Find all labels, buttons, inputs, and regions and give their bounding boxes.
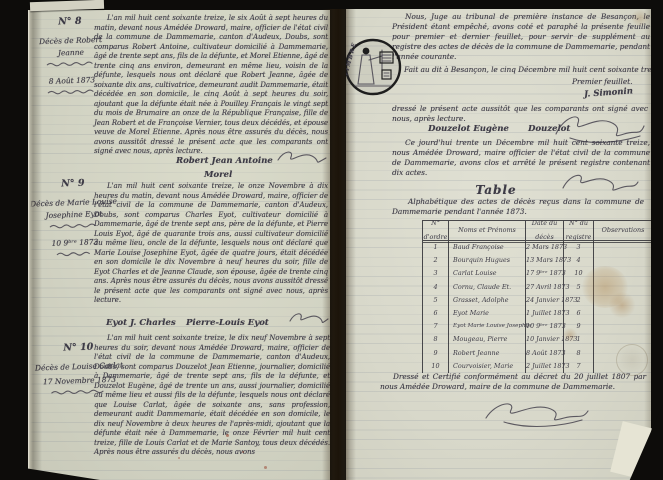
cell-observations	[594, 281, 652, 294]
cell-name: Eyot Marie Louise Josephte	[449, 320, 526, 333]
judge-note: Nous, Juge au tribunal de première insta…	[392, 12, 650, 62]
cell-observations	[594, 294, 652, 307]
cell-name: Mougeau, Pierre	[449, 333, 526, 346]
cell-order: 10	[423, 360, 449, 373]
folio-label: Premier feuillet.	[572, 77, 632, 86]
cell-date: 1 Juillet 1873	[526, 307, 564, 320]
cell-name: Courvoisier, Marie	[449, 360, 526, 373]
table-row: 4 Cornu, Claude Et. 27 Avril 1873 5	[423, 281, 652, 294]
cell-order: 2	[423, 254, 449, 267]
cell-observations	[594, 254, 652, 267]
right-page: TIMBRE Nous, Juge au tribunal de premièr…	[346, 8, 652, 480]
cell-date: 27 Avril 1873	[526, 281, 564, 294]
scan-border-left	[0, 0, 28, 480]
cell-order: 4	[423, 281, 449, 294]
death-act-eyot: L'an mil huit cent soixante treize, le o…	[94, 182, 328, 306]
cell-name: Eyot Marie	[449, 307, 526, 320]
cell-date: 10 9ᵇʳᵉ 1873	[526, 320, 564, 333]
col-header-names: Noms et Prénoms	[449, 221, 526, 240]
cell-date: 17 9ᵇʳᵉ 1873	[526, 267, 564, 280]
cell-date: 13 Mars 1873	[526, 254, 564, 267]
signature-robert-jean-antoine: Robert Jean Antoine	[176, 156, 273, 166]
table-row: 10 Courvoisier, Marie 2 Juillet 1873 7	[423, 360, 652, 373]
cell-order: 6	[423, 307, 449, 320]
cell-register: 9	[564, 320, 594, 333]
col-header-observations: Observations	[594, 221, 652, 240]
cell-register: 6	[564, 307, 594, 320]
cell-observations	[594, 241, 652, 254]
cell-name: Cornu, Claude Et.	[449, 281, 526, 294]
certification-note: Dressé et Certifié conformément au décre…	[380, 372, 646, 392]
cell-register: 5	[564, 281, 594, 294]
col-header-date: Date du décès	[526, 221, 564, 240]
cell-observations	[594, 320, 652, 333]
signature-pierre-louis-eyot: Pierre-Louis Eyot	[186, 318, 269, 328]
cell-order: 5	[423, 294, 449, 307]
left-page: N° 8 Décès de Robert Jeanne 8 Août 1873 …	[28, 10, 330, 480]
cell-order: 3	[423, 267, 449, 280]
cell-observations	[594, 360, 652, 373]
table-row: 6 Eyot Marie 1 Juillet 1873 6	[423, 307, 652, 320]
col-header-register: N° du registre	[564, 221, 594, 240]
cell-register: 4	[564, 254, 594, 267]
ink-spot	[264, 466, 267, 469]
cell-date: 10 Janvier 1873	[526, 333, 564, 346]
judge-dateline: Fait au dit à Besançon, le cinq Décembre…	[404, 65, 652, 74]
scan-border-right	[651, 0, 663, 480]
cell-name: Bourquin Hugues	[449, 254, 526, 267]
cell-order: 9	[423, 347, 449, 360]
cell-name: Baud Françoise	[449, 241, 526, 254]
cell-date: 2 Juillet 1873	[526, 360, 564, 373]
col-header-order: N° d'ordre	[423, 221, 449, 240]
table-row: 3 Carlat Louise 17 9ᵇʳᵉ 1873 10	[423, 267, 652, 280]
table-row: 5 Grasset, Adolphe 24 Janvier 1873 2	[423, 294, 652, 307]
ink-squiggle	[55, 250, 95, 257]
ink-squiggle	[46, 88, 98, 96]
table-row: 8 Mougeau, Pierre 10 Janvier 1873 1	[423, 333, 652, 346]
cell-order: 7	[423, 320, 449, 333]
cell-observations	[594, 333, 652, 346]
cell-register: 2	[564, 294, 594, 307]
table-header-row: N° d'ordre Noms et Prénoms Date du décès…	[423, 221, 652, 241]
death-act-robert-jeanne: L'an mil huit cent soixante treize, le s…	[94, 14, 328, 157]
signature-eyot-charles: Eyot J. Charles	[106, 318, 176, 328]
table-row: 9 Robert Jeanne 8 Août 1873 8	[423, 347, 652, 360]
table-title: Table	[346, 183, 646, 197]
alphabetical-death-table: N° d'ordre Noms et Prénoms Date du décès…	[422, 220, 652, 373]
signature-douzelot-eugene: Douzelot Eugène	[428, 124, 509, 134]
cell-observations	[594, 267, 652, 280]
cell-name: Robert Jeanne	[449, 347, 526, 360]
table-row: 2 Bourquin Hugues 13 Mars 1873 4	[423, 254, 652, 267]
cell-register: 8	[564, 347, 594, 360]
cell-observations	[594, 347, 652, 360]
cell-date: 24 Janvier 1873	[526, 294, 564, 307]
cell-observations	[594, 307, 652, 320]
cell-name: Carlat Louise	[449, 267, 526, 280]
cell-register: 10	[564, 267, 594, 280]
ink-squiggle	[45, 60, 97, 68]
mayor-paraphe	[482, 398, 592, 428]
death-act-carlat: L'an mil huit cent soixante treize, le d…	[94, 334, 330, 458]
ink-squiggle	[48, 222, 100, 230]
scanned-register-spread: N° 8 Décès de Robert Jeanne 8 Août 1873 …	[0, 0, 663, 480]
cell-register: 7	[564, 360, 594, 373]
mayor-paraphe	[288, 310, 330, 328]
cell-date: 8 Août 1873	[526, 347, 564, 360]
mayor-paraphe	[276, 148, 328, 168]
signature-judge: J. Simonin	[584, 86, 633, 99]
cell-order: 8	[423, 333, 449, 346]
cell-register: 1	[564, 333, 594, 346]
signature-morel: Morel	[204, 170, 232, 180]
table-row: 7 Eyot Marie Louise Josephte 10 9ᵇʳᵉ 187…	[423, 320, 652, 333]
table-subtitle: Alphabétique des actes de décès reçus da…	[392, 197, 644, 217]
cell-name: Grasset, Adolphe	[449, 294, 526, 307]
